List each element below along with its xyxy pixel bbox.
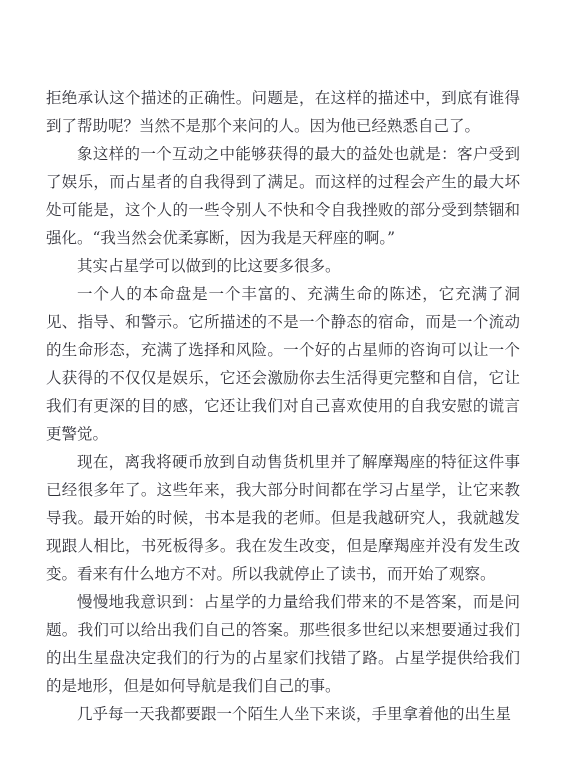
paragraph: 一个人的本命盘是一个丰富的、充满生命的陈述，它充满了洞见、指导、和警示。它所描述… — [46, 280, 520, 448]
paragraph: 慢慢地我意识到：占星学的力量给我们带来的不是答案，而是问题。我们可以给出我们自己… — [46, 588, 520, 700]
paragraph: 拒绝承认这个描述的正确性。问题是，在这样的描述中，到底有谁得到了帮助呢？当然不是… — [46, 84, 520, 140]
document-page: 拒绝承认这个描述的正确性。问题是，在这样的描述中，到底有谁得到了帮助呢？当然不是… — [0, 0, 564, 760]
paragraph: 其实占星学可以做到的比这要多很多。 — [46, 252, 520, 280]
paragraph: 几乎每一天我都要跟一个陌生人坐下来谈，手里拿着他的出生星 — [46, 700, 520, 728]
paragraph: 象这样的一个互动之中能够获得的最大的益处也就是：客户受到了娱乐，而占星者的自我得… — [46, 140, 520, 252]
paragraph: 现在，离我将硬币放到自动售货机里并了解摩羯座的特征这件事已经很多年了。这些年来，… — [46, 448, 520, 588]
text-block: 拒绝承认这个描述的正确性。问题是，在这样的描述中，到底有谁得到了帮助呢？当然不是… — [46, 84, 520, 728]
